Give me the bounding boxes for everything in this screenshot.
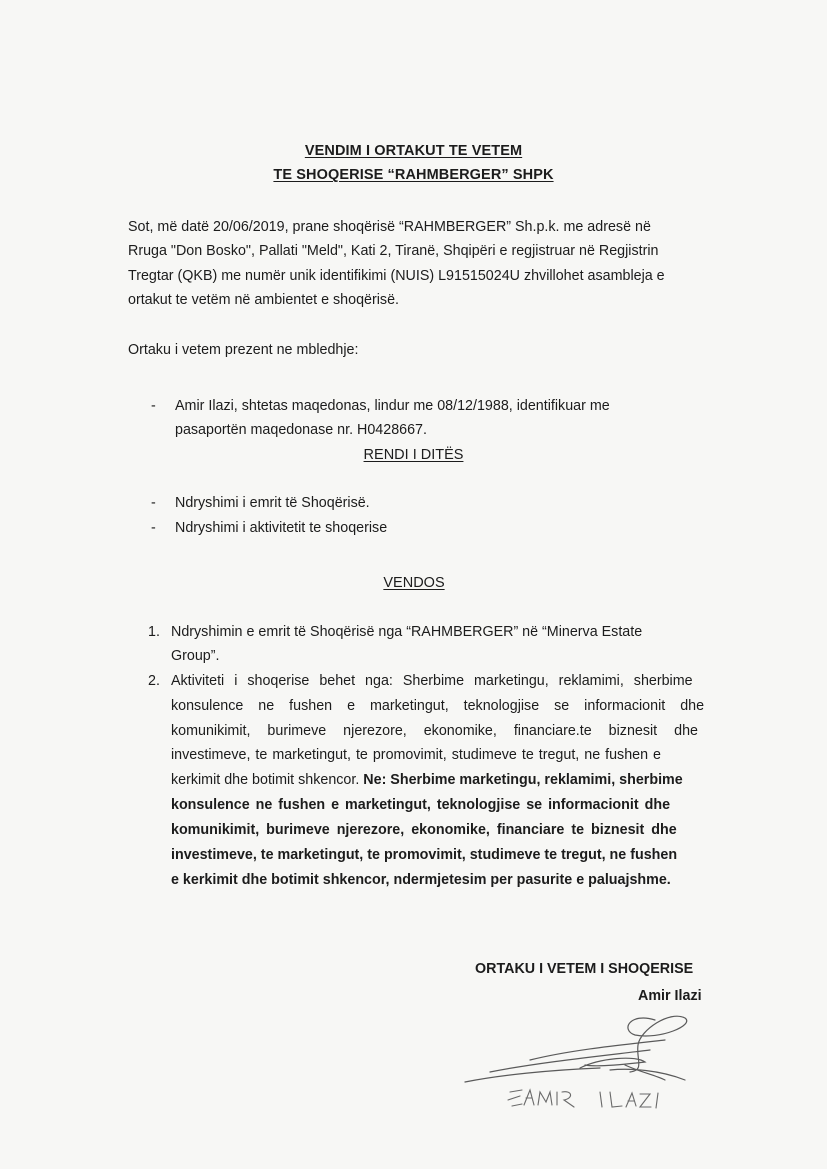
signature-name: Amir Ilazi	[638, 988, 702, 1004]
present-bullet: -	[151, 398, 156, 414]
decision-2-text: investimeve, te marketingut, te promovim…	[171, 747, 661, 763]
decision-2-line-1: Aktiviteti i shoqerise behet nga: Sherbi…	[171, 673, 707, 689]
document-title-line-1: VENDIM I ORTAKUT TE VETEM	[0, 143, 827, 159]
decision-2-line-2: konsulence ne fushen e marketingut, tekn…	[171, 698, 707, 714]
decision-2-line-4: investimeve, te marketingut, te promovim…	[171, 747, 707, 763]
decision-1-number: 1.	[148, 624, 160, 640]
intro-line-3: Tregtar (QKB) me numër unik identifikimi…	[128, 268, 720, 284]
decision-1-line-2: Group”.	[171, 648, 219, 664]
decision-2-text: konsulence ne fushen e marketingut, tekn…	[171, 698, 704, 714]
decision-2-text: komunikimit, burimeve njerezore, ekonomi…	[171, 723, 698, 739]
intro-text: Rruga "Don Bosko", Pallati "Meld", Kati …	[128, 243, 658, 259]
intro-line-1: Sot, më datë 20/06/2019, prane shoqërisë…	[128, 219, 720, 235]
document-page: VENDIM I ORTAKUT TE VETEM TE SHOQERISE “…	[0, 0, 827, 1169]
decision-2-text: kerkimit dhe botimit shkencor.	[171, 772, 363, 788]
decision-2-bold-line-3: investimeve, te marketingut, te promovim…	[171, 847, 677, 863]
decision-2-bold-line-2: komunikimit, burimeve njerezore, ekonomi…	[171, 822, 677, 838]
decision-2-bold-line-4: e kerkimit dhe botimit shkencor, ndermje…	[171, 872, 671, 888]
decision-2-text: Aktiviteti i shoqerise behet nga: Sherbi…	[171, 673, 693, 689]
decision-2-bold-line-1: konsulence ne fushen e marketingut, tekn…	[171, 797, 670, 813]
agenda-bullet-2: -	[151, 520, 156, 536]
decision-1-line-1: Ndryshimin e emrit të Shoqërisë nga “RAH…	[171, 624, 642, 640]
agenda-item-2: Ndryshimi i aktivitetit te shoqerise	[175, 520, 387, 536]
intro-line-2: Rruga "Don Bosko", Pallati "Meld", Kati …	[128, 243, 720, 259]
agenda-bullet-1: -	[151, 495, 156, 511]
present-line-2: pasaportën maqedonase nr. H0428667.	[175, 422, 427, 438]
decision-2-line-5: kerkimit dhe botimit shkencor. Ne: Sherb…	[171, 772, 683, 788]
decision-heading: VENDOS	[0, 575, 827, 591]
present-label: Ortaku i vetem prezent ne mbledhje:	[128, 342, 358, 358]
decision-2-line-3: komunikimit, burimeve njerezore, ekonomi…	[171, 723, 707, 739]
intro-line-4: ortakut te vetëm në ambientet e shoqëris…	[128, 292, 399, 308]
decision-2-number: 2.	[148, 673, 160, 689]
agenda-item-1: Ndryshimi i emrit të Shoqërisë.	[175, 495, 370, 511]
handwritten-signature-icon	[460, 1010, 700, 1120]
document-title-line-2: TE SHOQERISE “RAHMBERGER” SHPK	[0, 167, 827, 183]
intro-text: Sot, më datë 20/06/2019, prane shoqërisë…	[128, 219, 651, 235]
intro-text: Tregtar (QKB) me numër unik identifikimi…	[128, 268, 665, 284]
decision-2-bold-text: Ne: Sherbime marketingu, reklamimi, sher…	[363, 772, 682, 788]
signature-role: ORTAKU I VETEM I SHOQERISE	[475, 961, 693, 977]
present-line-1: Amir Ilazi, shtetas maqedonas, lindur me…	[175, 398, 610, 414]
agenda-heading: RENDI I DITËS	[0, 447, 827, 463]
